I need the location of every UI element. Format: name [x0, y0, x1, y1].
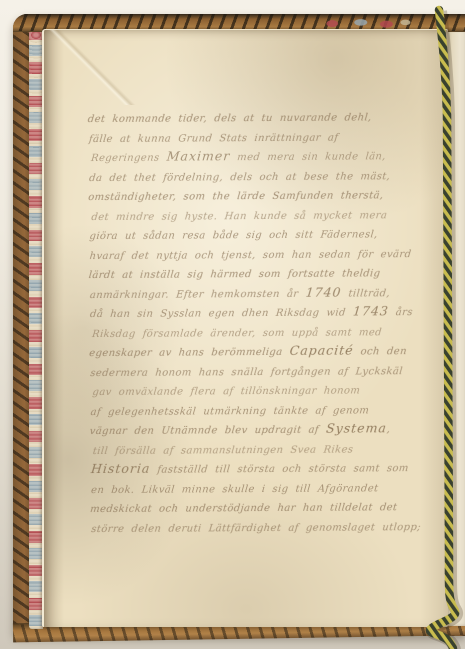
manuscript-text: det kommande tider, dels at tu nuvarande… — [89, 108, 440, 539]
text-line: lärdt at inställa sig härmed som fortsat… — [88, 264, 439, 286]
text-line: sedermera honom hans snälla fortgången a… — [89, 361, 439, 383]
book-cover: det kommande tider, dels at tu nuvarande… — [13, 14, 465, 636]
text-line: hvaraf det nyttja och tjenst, som han se… — [89, 244, 439, 266]
text-line: Regeringens Maximer med mera sin kunde l… — [90, 147, 438, 169]
text-line: medskickat och understödjande har han ti… — [89, 498, 440, 520]
text-line: egenskaper av hans berömmeliga Capacité … — [88, 342, 439, 364]
text-line: omständigheter, som the lärde Samfunden … — [87, 186, 438, 208]
text-line: då han sin Sysslan egen dhen Riksdag wid… — [89, 303, 439, 325]
text-line: större delen deruti Lättfärdighet af gen… — [90, 517, 440, 539]
text-line: Riksdag församlade ärender, som uppå sam… — [91, 322, 439, 344]
text-line: gav omväxlande flera af tillönskningar h… — [91, 381, 439, 403]
text-line: af gelegenhetsskäl utmärkning tänkte af … — [90, 400, 440, 422]
text-line: det mindre sig hyste. Han kunde så mycke… — [90, 205, 438, 227]
text-line: fälle at kunna Grund Stats inrättningar … — [88, 127, 438, 149]
text-line: det kommande tider, dels at tu nuvarande… — [87, 108, 438, 130]
manuscript-page: det kommande tider, dels at tu nuvarande… — [42, 29, 448, 627]
text-line: vägnar den Utnämnde blev updragit af Sys… — [89, 420, 440, 442]
scanned-book-photo: det kommande tider, dels at tu nuvarande… — [0, 0, 465, 649]
text-line: giöra ut sådan resa både sig och sitt Fä… — [89, 225, 439, 247]
text-line: en bok. Likväl minne skulle i sig till A… — [90, 478, 440, 500]
binding-marble-patch — [318, 17, 413, 29]
marbled-edge — [29, 29, 43, 629]
page-corner-crease — [44, 30, 139, 105]
text-line: da det thet fördelning, dels och at bese… — [88, 166, 438, 188]
text-line: till försälla af sammanslutningen Svea R… — [92, 439, 440, 461]
text-line: Historia fastställd till största och stö… — [90, 459, 440, 481]
text-line: anmärkningar. Efter hemkomsten år 1740 t… — [89, 283, 439, 305]
